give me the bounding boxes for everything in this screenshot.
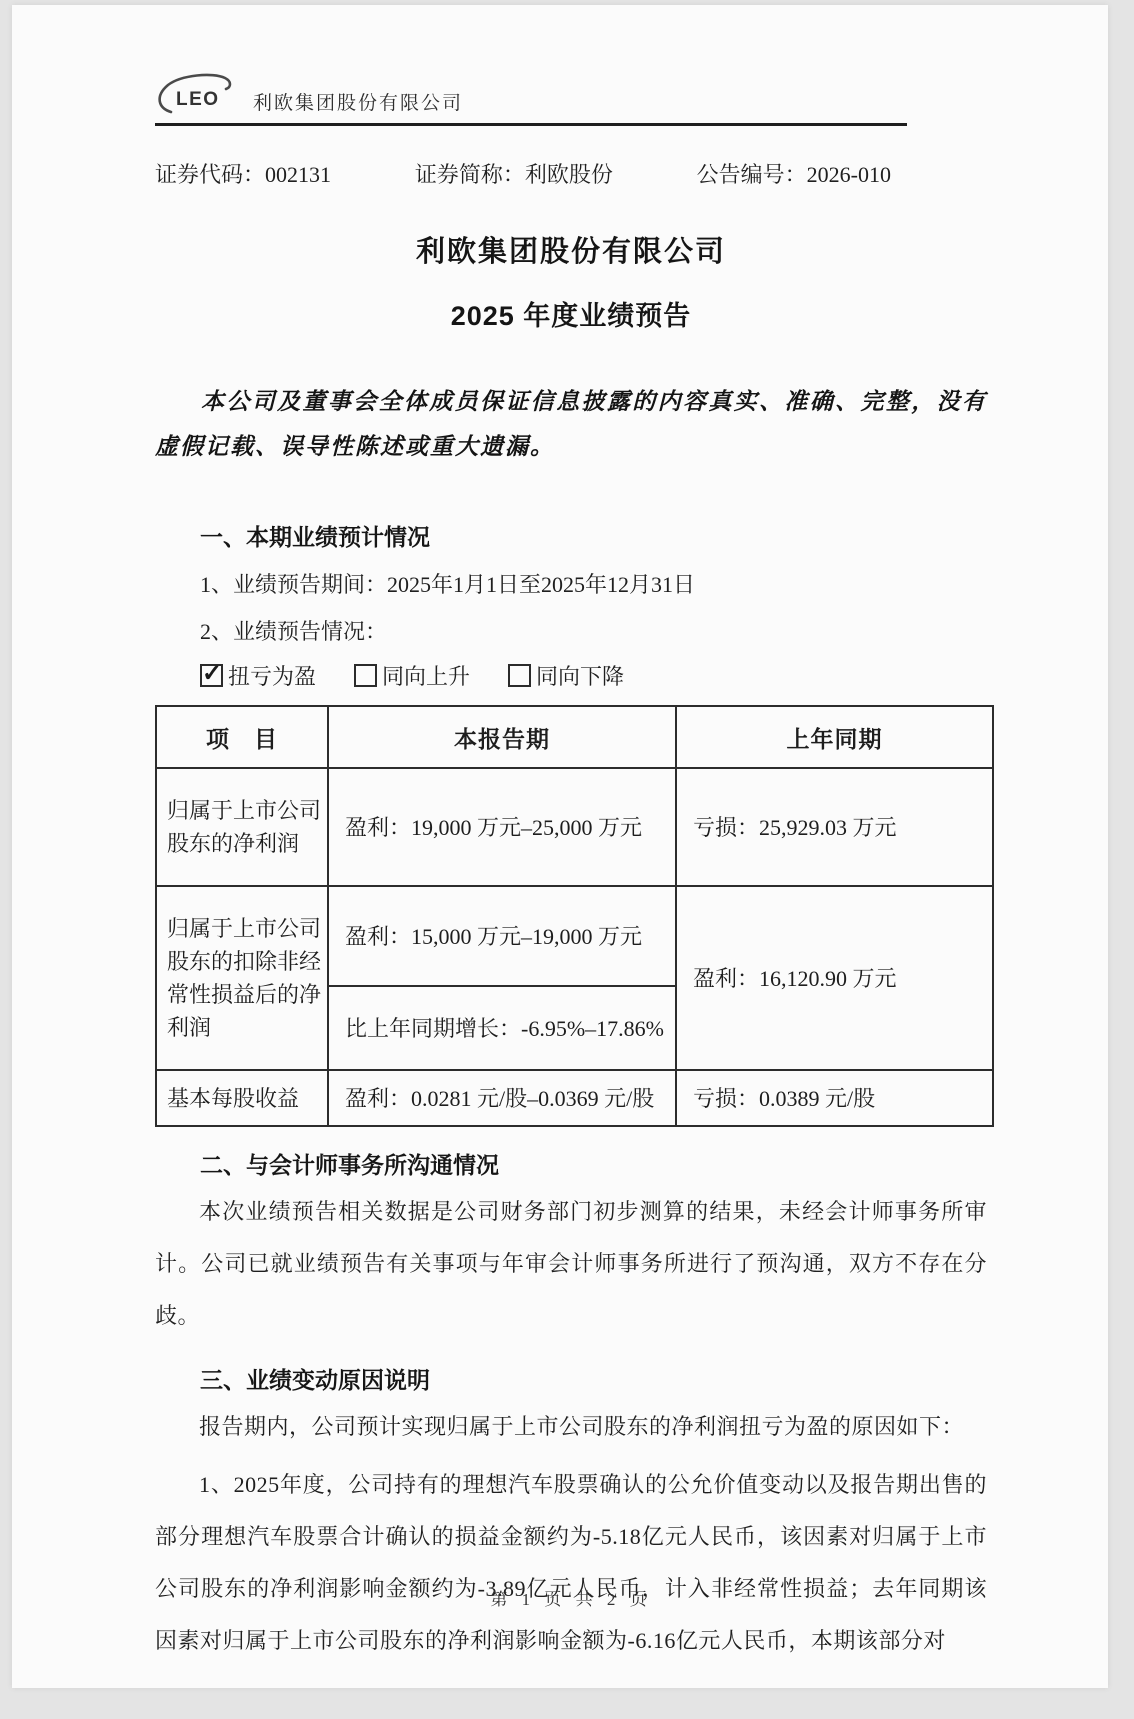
logo-text: LEO	[176, 89, 220, 110]
table-row-basic-eps: 基本每股收益 盈利：0.0281 元/股–0.0369 元/股 亏损：0.038…	[156, 1070, 993, 1126]
stock-name: 证券简称：利欧股份	[415, 158, 613, 189]
section2-heading: 二、与会计师事务所沟通情况	[155, 1147, 987, 1180]
option-label: 同向上升	[382, 660, 470, 691]
header-divider	[155, 123, 907, 126]
forecast-situation-line: 2、业绩预告情况：	[155, 615, 987, 646]
stock-info-line: 证券代码：002131 证券简称：利欧股份 公告编号：2026-010	[155, 158, 891, 189]
checkbox-unchecked-icon	[354, 664, 377, 687]
excl-nonrecurring-prior: 盈利：16,120.90 万元	[676, 886, 993, 1070]
forecast-type-options: 扭亏为盈 同向上升 同向下降	[155, 660, 987, 691]
col-header-current-period: 本报告期	[328, 706, 676, 768]
option-same-direction-up: 同向上升	[354, 660, 470, 691]
option-same-direction-down: 同向下降	[508, 660, 624, 691]
row-label: 基本每股收益	[156, 1070, 328, 1126]
page-number-indicator: 第 1 页 共 2 页	[155, 1585, 987, 1610]
document-sheet: LEO 利欧集团股份有限公司 证券代码：002131 证券简称：利欧股份 公告编…	[12, 5, 1108, 1688]
table-row-net-profit: 归属于上市公司股东的净利润 盈利：19,000 万元–25,000 万元 亏损：…	[156, 768, 993, 886]
basic-eps-current: 盈利：0.0281 元/股–0.0369 元/股	[328, 1070, 676, 1126]
option-label: 扭亏为盈	[228, 660, 316, 691]
letterhead-company-name: 利欧集团股份有限公司	[253, 88, 463, 117]
document-subtitle: 2025 年度业绩预告	[155, 294, 987, 333]
col-header-item: 项 目	[156, 706, 328, 768]
section3-paragraph-reason1: 1、2025年度，公司持有的理想汽车股票确认的公允价值变动以及报告期出售的部分理…	[155, 1459, 987, 1667]
announcement-number: 公告编号：2026-010	[697, 158, 891, 189]
col-header-prior-period: 上年同期	[676, 706, 993, 768]
option-label: 同向下降	[536, 660, 624, 691]
excl-nonrecurring-current: 盈利：15,000 万元–19,000 万元	[328, 886, 676, 986]
row-label: 归属于上市公司股东的扣除非经常性损益后的净利润	[156, 886, 328, 1070]
letterhead: LEO 利欧集团股份有限公司	[155, 5, 987, 117]
section2-paragraph: 本次业绩预告相关数据是公司财务部门初步测算的结果，未经会计师事务所审计。公司已就…	[155, 1186, 987, 1342]
checkbox-checked-icon	[200, 664, 223, 687]
table-row-net-profit-excl-nonrecurring: 归属于上市公司股东的扣除非经常性损益后的净利润 盈利：15,000 万元–19,…	[156, 886, 993, 986]
row-label: 归属于上市公司股东的净利润	[156, 768, 328, 886]
performance-table: 项 目 本报告期 上年同期 归属于上市公司股东的净利润 盈利：19,000 万元…	[155, 705, 994, 1127]
checkbox-unchecked-icon	[508, 664, 531, 687]
stock-code: 证券代码：002131	[155, 158, 331, 189]
section1-heading: 一、本期业绩预计情况	[155, 519, 987, 552]
forecast-period-line: 1、业绩预告期间：2025年1月1日至2025年12月31日	[155, 568, 987, 599]
option-turn-loss-to-profit: 扭亏为盈	[200, 660, 316, 691]
document-title: 利欧集团股份有限公司	[155, 229, 987, 270]
disclaimer-statement: 本公司及董事会全体成员保证信息披露的内容真实、准确、完整，没有虚假记载、误导性陈…	[155, 379, 987, 469]
announcement-page: { "page": { "header": { "logo_text": "LE…	[0, 0, 1134, 1719]
section3-paragraph-intro: 报告期内，公司预计实现归属于上市公司股东的净利润扭亏为盈的原因如下：	[155, 1401, 987, 1453]
table-header-row: 项 目 本报告期 上年同期	[156, 706, 993, 768]
leo-logo-icon: LEO	[155, 71, 247, 117]
yoy-growth-range: 比上年同期增长：-6.95%–17.86%	[328, 986, 676, 1070]
net-profit-current: 盈利：19,000 万元–25,000 万元	[328, 768, 676, 886]
basic-eps-prior: 亏损：0.0389 元/股	[676, 1070, 993, 1126]
net-profit-prior: 亏损：25,929.03 万元	[676, 768, 993, 886]
section3-heading: 三、业绩变动原因说明	[155, 1362, 987, 1395]
